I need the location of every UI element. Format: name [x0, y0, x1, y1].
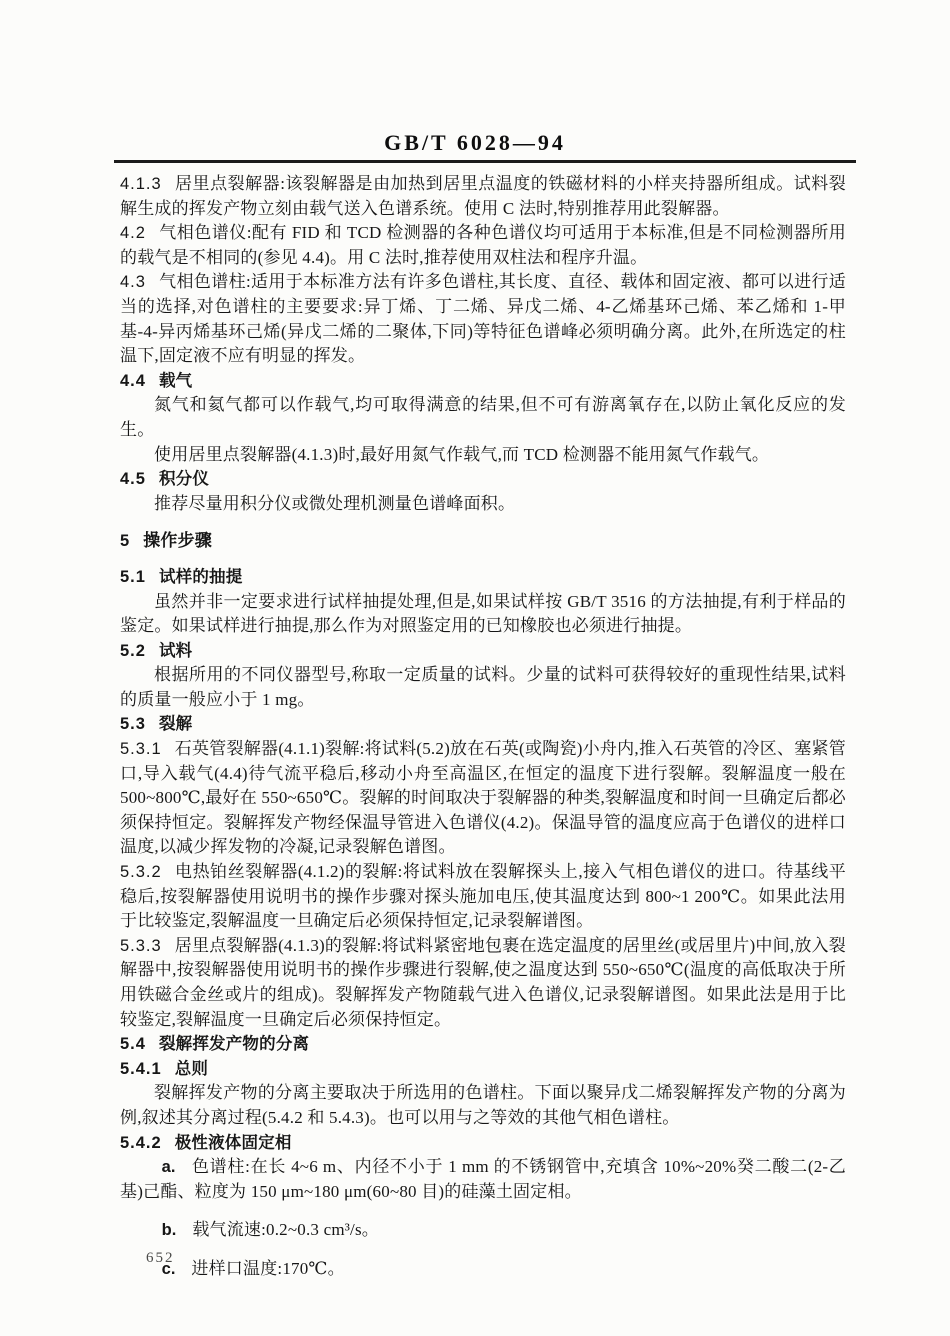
standard-number-header: GB/T 6028—94: [0, 130, 950, 156]
heading-5-4-2: 5.4.2极性液体固定相: [120, 1131, 846, 1156]
clause-number: 5.1: [120, 568, 146, 586]
heading-5: 5操作步骤: [120, 529, 846, 554]
clause-number: 4.3: [120, 273, 146, 291]
list-item-c: c.进样口温度:170℃。: [120, 1257, 846, 1282]
heading-5-4: 5.4裂解挥发产物的分离: [120, 1032, 846, 1057]
clause-number: 4.4: [120, 372, 146, 390]
paragraph-integrator: 推荐尽量用积分仪或微处理机测量色谱峰面积。: [120, 492, 846, 517]
heading-text: 载气: [159, 372, 192, 390]
list-label: b.: [162, 1221, 177, 1239]
heading-5-4-1: 5.4.1总则: [120, 1057, 846, 1082]
heading-4-5: 4.5积分仪: [120, 467, 846, 492]
heading-text: 积分仪: [159, 470, 209, 488]
clause-number: 5.2: [120, 642, 146, 660]
heading-5-3: 5.3裂解: [120, 712, 846, 737]
list-text: 色谱柱:在长 4~6 m、内径不小于 1 mm 的不锈钢管中,充填含 10%~2…: [120, 1157, 846, 1201]
clause-5-3-1: 5.3.1石英管裂解器(4.1.1)裂解:将试料(5.2)放在石英(或陶瓷)小舟…: [120, 737, 846, 860]
heading-text: 操作步骤: [143, 531, 212, 550]
clause-number: 4.2: [120, 224, 146, 242]
list-item-a: a.色谱柱:在长 4~6 m、内径不小于 1 mm 的不锈钢管中,充填含 10%…: [120, 1155, 846, 1204]
paragraph-test-portion: 根据所用的不同仪器型号,称取一定质量的试料。少量的试料可获得较好的重现性结果,试…: [120, 663, 846, 712]
clause-text: 石英管裂解器(4.1.1)裂解:将试料(5.2)放在石英(或陶瓷)小舟内,推入石…: [120, 739, 846, 856]
list-text: 载气流速:0.2~0.3 cm³/s。: [192, 1220, 379, 1239]
clause-number: 5.3.3: [120, 937, 162, 955]
clause-4-1-3: 4.1.3居里点裂解器:该裂解器是由加热到居里点温度的铁磁材料的小样夹持器所组成…: [120, 172, 846, 221]
clause-5-3-2: 5.3.2电热铂丝裂解器(4.1.2)的裂解:将试料放在裂解探头上,接入气相色谱…: [120, 860, 846, 934]
page-number: 652: [146, 1250, 175, 1267]
heading-text: 总则: [175, 1060, 208, 1078]
heading-text: 试样的抽提: [159, 568, 243, 586]
list-label: a.: [162, 1158, 176, 1176]
list-item-b: b.载气流速:0.2~0.3 cm³/s。: [120, 1218, 846, 1243]
paragraph-separation-general: 裂解挥发产物的分离主要取决于所选用的色谱柱。下面以聚异戊二烯裂解挥发产物的分离为…: [120, 1081, 846, 1130]
paragraph-carrier-gas-1: 氮气和氦气都可以作载气,均可取得满意的结果,但不可有游离氧存在,以防止氧化反应的…: [120, 393, 846, 442]
heading-text: 裂解: [159, 715, 192, 733]
clause-text: 气相色谱柱:适用于本标准方法有许多色谱柱,其长度、直径、载体和固定液、都可以进行…: [120, 272, 846, 365]
clause-number: 4.1.3: [120, 175, 162, 193]
document-page: GB/T 6028—94 4.1.3居里点裂解器:该裂解器是由加热到居里点温度的…: [0, 0, 950, 1336]
clause-text: 居里点裂解器:该裂解器是由加热到居里点温度的铁磁材料的小样夹持器所组成。试料裂解…: [120, 174, 846, 218]
heading-4-4: 4.4载气: [120, 369, 846, 394]
header-divider-rule: [114, 160, 856, 163]
heading-text: 试料: [159, 642, 192, 660]
heading-5-2: 5.2试料: [120, 639, 846, 664]
list-text: 进样口温度:170℃。: [191, 1259, 344, 1278]
clause-number: 5.4.1: [120, 1060, 162, 1078]
paragraph-extraction: 虽然并非一定要求进行试样抽提处理,但是,如果试样按 GB/T 3516 的方法抽…: [120, 590, 846, 639]
clause-number: 5.3.1: [120, 740, 162, 758]
clause-5-3-3: 5.3.3居里点裂解器(4.1.3)的裂解:将试料紧密地包裹在选定温度的居里丝(…: [120, 934, 846, 1032]
section-number: 5: [120, 532, 130, 550]
clause-number: 5.4: [120, 1035, 146, 1053]
clause-text: 气相色谱仪:配有 FID 和 TCD 检测器的各种色谱仪均可适用于本标准,但是不…: [120, 223, 846, 267]
clause-4-2: 4.2气相色谱仪:配有 FID 和 TCD 检测器的各种色谱仪均可适用于本标准,…: [120, 221, 846, 270]
heading-5-1: 5.1试样的抽提: [120, 565, 846, 590]
clause-4-3: 4.3气相色谱柱:适用于本标准方法有许多色谱柱,其长度、直径、载体和固定液、都可…: [120, 270, 846, 368]
clause-number: 5.4.2: [120, 1134, 162, 1152]
document-body: 4.1.3居里点裂解器:该裂解器是由加热到居里点温度的铁磁材料的小样夹持器所组成…: [120, 172, 846, 1282]
paragraph-carrier-gas-2: 使用居里点裂解器(4.1.3)时,最好用氮气作载气,而 TCD 检测器不能用氮气…: [120, 443, 846, 468]
heading-text: 极性液体固定相: [175, 1134, 292, 1152]
clause-number: 4.5: [120, 470, 146, 488]
clause-text: 居里点裂解器(4.1.3)的裂解:将试料紧密地包裹在选定温度的居里丝(或居里片)…: [120, 936, 846, 1029]
clause-number: 5.3: [120, 715, 146, 733]
clause-text: 电热铂丝裂解器(4.1.2)的裂解:将试料放在裂解探头上,接入气相色谱仪的进口。…: [120, 862, 846, 930]
clause-number: 5.3.2: [120, 863, 162, 881]
heading-text: 裂解挥发产物的分离: [159, 1035, 309, 1053]
